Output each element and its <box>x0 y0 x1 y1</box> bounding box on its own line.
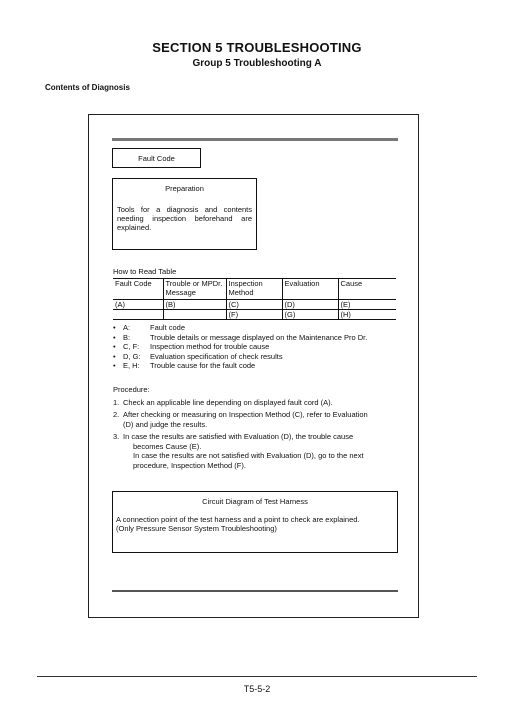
table-row: (F) (G) (H) <box>113 310 396 320</box>
table-header: Trouble or MPDr. Message <box>163 279 226 300</box>
table-header: Inspection Method <box>226 279 282 300</box>
how-to-read-label: How to Read Table <box>113 267 176 276</box>
table-header: Cause <box>338 279 396 300</box>
procedure-label: Procedure: <box>113 385 403 395</box>
table-cell: (G) <box>282 310 338 320</box>
how-to-read-table: Fault Code Trouble or MPDr. Message Insp… <box>113 278 396 320</box>
preparation-body: Tools for a diagnosis and contents needi… <box>117 205 252 232</box>
circuit-title: Circuit Diagram of Test Harness <box>116 497 394 507</box>
preparation-box: Preparation Tools for a diagnosis and co… <box>112 178 257 250</box>
legend-text: Fault code <box>150 323 185 333</box>
legend-text: Trouble details or message displayed on … <box>150 333 367 343</box>
step-text: In case the results are not satisfied wi… <box>133 451 364 461</box>
table-cell: (D) <box>282 300 338 310</box>
legend-item: •A:Fault code <box>113 323 367 333</box>
bullet: • <box>113 323 123 333</box>
fault-code-box: Fault Code <box>112 148 201 168</box>
preparation-title: Preparation <box>117 184 252 193</box>
procedure-section: Procedure: 1. Check an applicable line d… <box>113 385 403 470</box>
procedure-step: 1. Check an applicable line depending on… <box>113 398 403 408</box>
table-cell: (C) <box>226 300 282 310</box>
legend-item: •E, H:Trouble cause for the fault code <box>113 361 367 371</box>
circuit-line: A connection point of the test harness a… <box>116 515 394 525</box>
table-header: Fault Code <box>113 279 163 300</box>
legend-text: Trouble cause for the fault code <box>150 361 255 371</box>
table-cell: (E) <box>338 300 396 310</box>
bottom-divider <box>112 590 398 592</box>
bullet: • <box>113 352 123 362</box>
step-text: Check an applicable line depending on di… <box>123 398 333 408</box>
step-text: becomes Cause (E). <box>133 442 364 452</box>
step-text: procedure, Inspection Method (F). <box>133 461 364 471</box>
circuit-line: (Only Pressure Sensor System Troubleshoo… <box>116 524 394 534</box>
legend-item: •D, G:Evaluation specification of check … <box>113 352 367 362</box>
table-cell <box>163 310 226 320</box>
legend-key: C, F: <box>123 342 150 352</box>
bullet: • <box>113 342 123 352</box>
circuit-diagram-box: Circuit Diagram of Test Harness A connec… <box>112 491 398 553</box>
page-number: T5-5-2 <box>0 684 514 694</box>
top-divider <box>112 138 398 141</box>
legend-list: •A:Fault code •B:Trouble details or mess… <box>113 323 367 371</box>
procedure-step: 3. In case the results are satisfied wit… <box>113 432 403 470</box>
table-cell <box>113 310 163 320</box>
table-header-row: Fault Code Trouble or MPDr. Message Insp… <box>113 279 396 300</box>
legend-text: Inspection method for trouble cause <box>150 342 269 352</box>
step-number: 2. <box>113 410 123 429</box>
section-title: SECTION 5 TROUBLESHOOTING <box>0 40 514 55</box>
table-row: (A) (B) (C) (D) (E) <box>113 300 396 310</box>
step-text: (D) and judge the results. <box>123 420 368 430</box>
contents-label: Contents of Diagnosis <box>45 83 130 92</box>
legend-item: •B:Trouble details or message displayed … <box>113 333 367 343</box>
footer-rule <box>37 676 477 677</box>
bullet: • <box>113 333 123 343</box>
table-cell: (A) <box>113 300 163 310</box>
group-title: Group 5 Troubleshooting A <box>0 58 514 69</box>
table-cell: (B) <box>163 300 226 310</box>
fault-code-label: Fault Code <box>138 154 175 163</box>
procedure-step: 2. After checking or measuring on Inspec… <box>113 410 403 429</box>
table-cell: (H) <box>338 310 396 320</box>
legend-key: D, G: <box>123 352 150 362</box>
legend-text: Evaluation specification of check result… <box>150 352 283 362</box>
step-text: In case the results are satisfied with E… <box>123 432 364 442</box>
legend-key: B: <box>123 333 150 343</box>
legend-key: E, H: <box>123 361 150 371</box>
legend-key: A: <box>123 323 150 333</box>
legend-item: •C, F:Inspection method for trouble caus… <box>113 342 367 352</box>
step-number: 1. <box>113 398 123 408</box>
step-text: After checking or measuring on Inspectio… <box>123 410 368 420</box>
table-cell: (F) <box>226 310 282 320</box>
step-number: 3. <box>113 432 123 470</box>
bullet: • <box>113 361 123 371</box>
table-header: Evaluation <box>282 279 338 300</box>
